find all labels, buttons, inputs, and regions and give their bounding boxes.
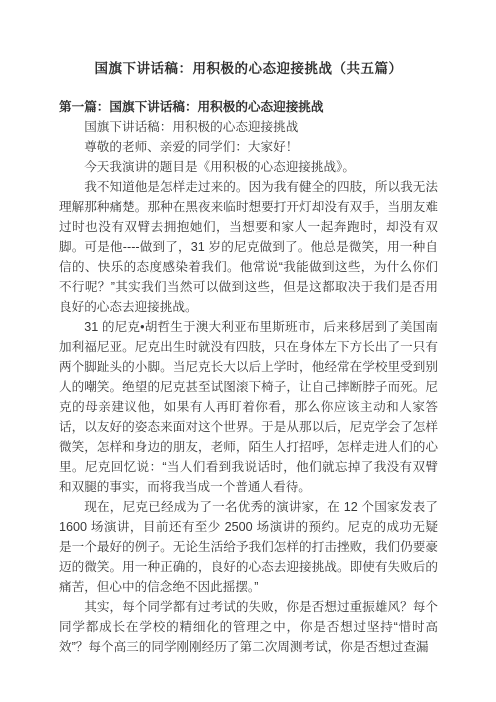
document-title: 国旗下讲话稿：用积极的心态迎接挑战（共五篇） [59, 60, 438, 78]
paragraph: 其实，每个同学都有过考试的失败，你是否想过重振雄风？每个同学都成长在学校的精细化… [59, 597, 438, 657]
document-body: 第一篇：国旗下讲话稿：用积极的心态迎接挑战 国旗下讲话稿：用积极的心态迎接挑战 … [59, 97, 438, 657]
paragraph: 现在，尼克已经成为了一名优秀的演讲家，在 12 个国家发表了 1600 场演讲，… [59, 497, 438, 597]
document-page: 国旗下讲话稿：用积极的心态迎接挑战（共五篇） 第一篇：国旗下讲话稿：用积极的心态… [0, 0, 496, 702]
paragraph: 我不知道他是怎样走过来的。因为我有健全的四肢，所以我无法理解那种痛楚。那种在黑夜… [59, 177, 438, 317]
paragraph: 国旗下讲话稿：用积极的心态迎接挑战 [59, 117, 438, 137]
paragraph: 尊敬的老师、亲爱的同学们：大家好！ [59, 137, 438, 157]
section-heading: 第一篇：国旗下讲话稿：用积极的心态迎接挑战 [59, 97, 438, 117]
paragraph: 31 的尼克•胡哲生于澳大利亚布里斯班市，后来移居到了美国南加利福尼亚。尼克出生… [59, 317, 438, 497]
paragraph: 今天我演讲的题目是《用积极的心态迎接挑战》。 [59, 157, 438, 177]
